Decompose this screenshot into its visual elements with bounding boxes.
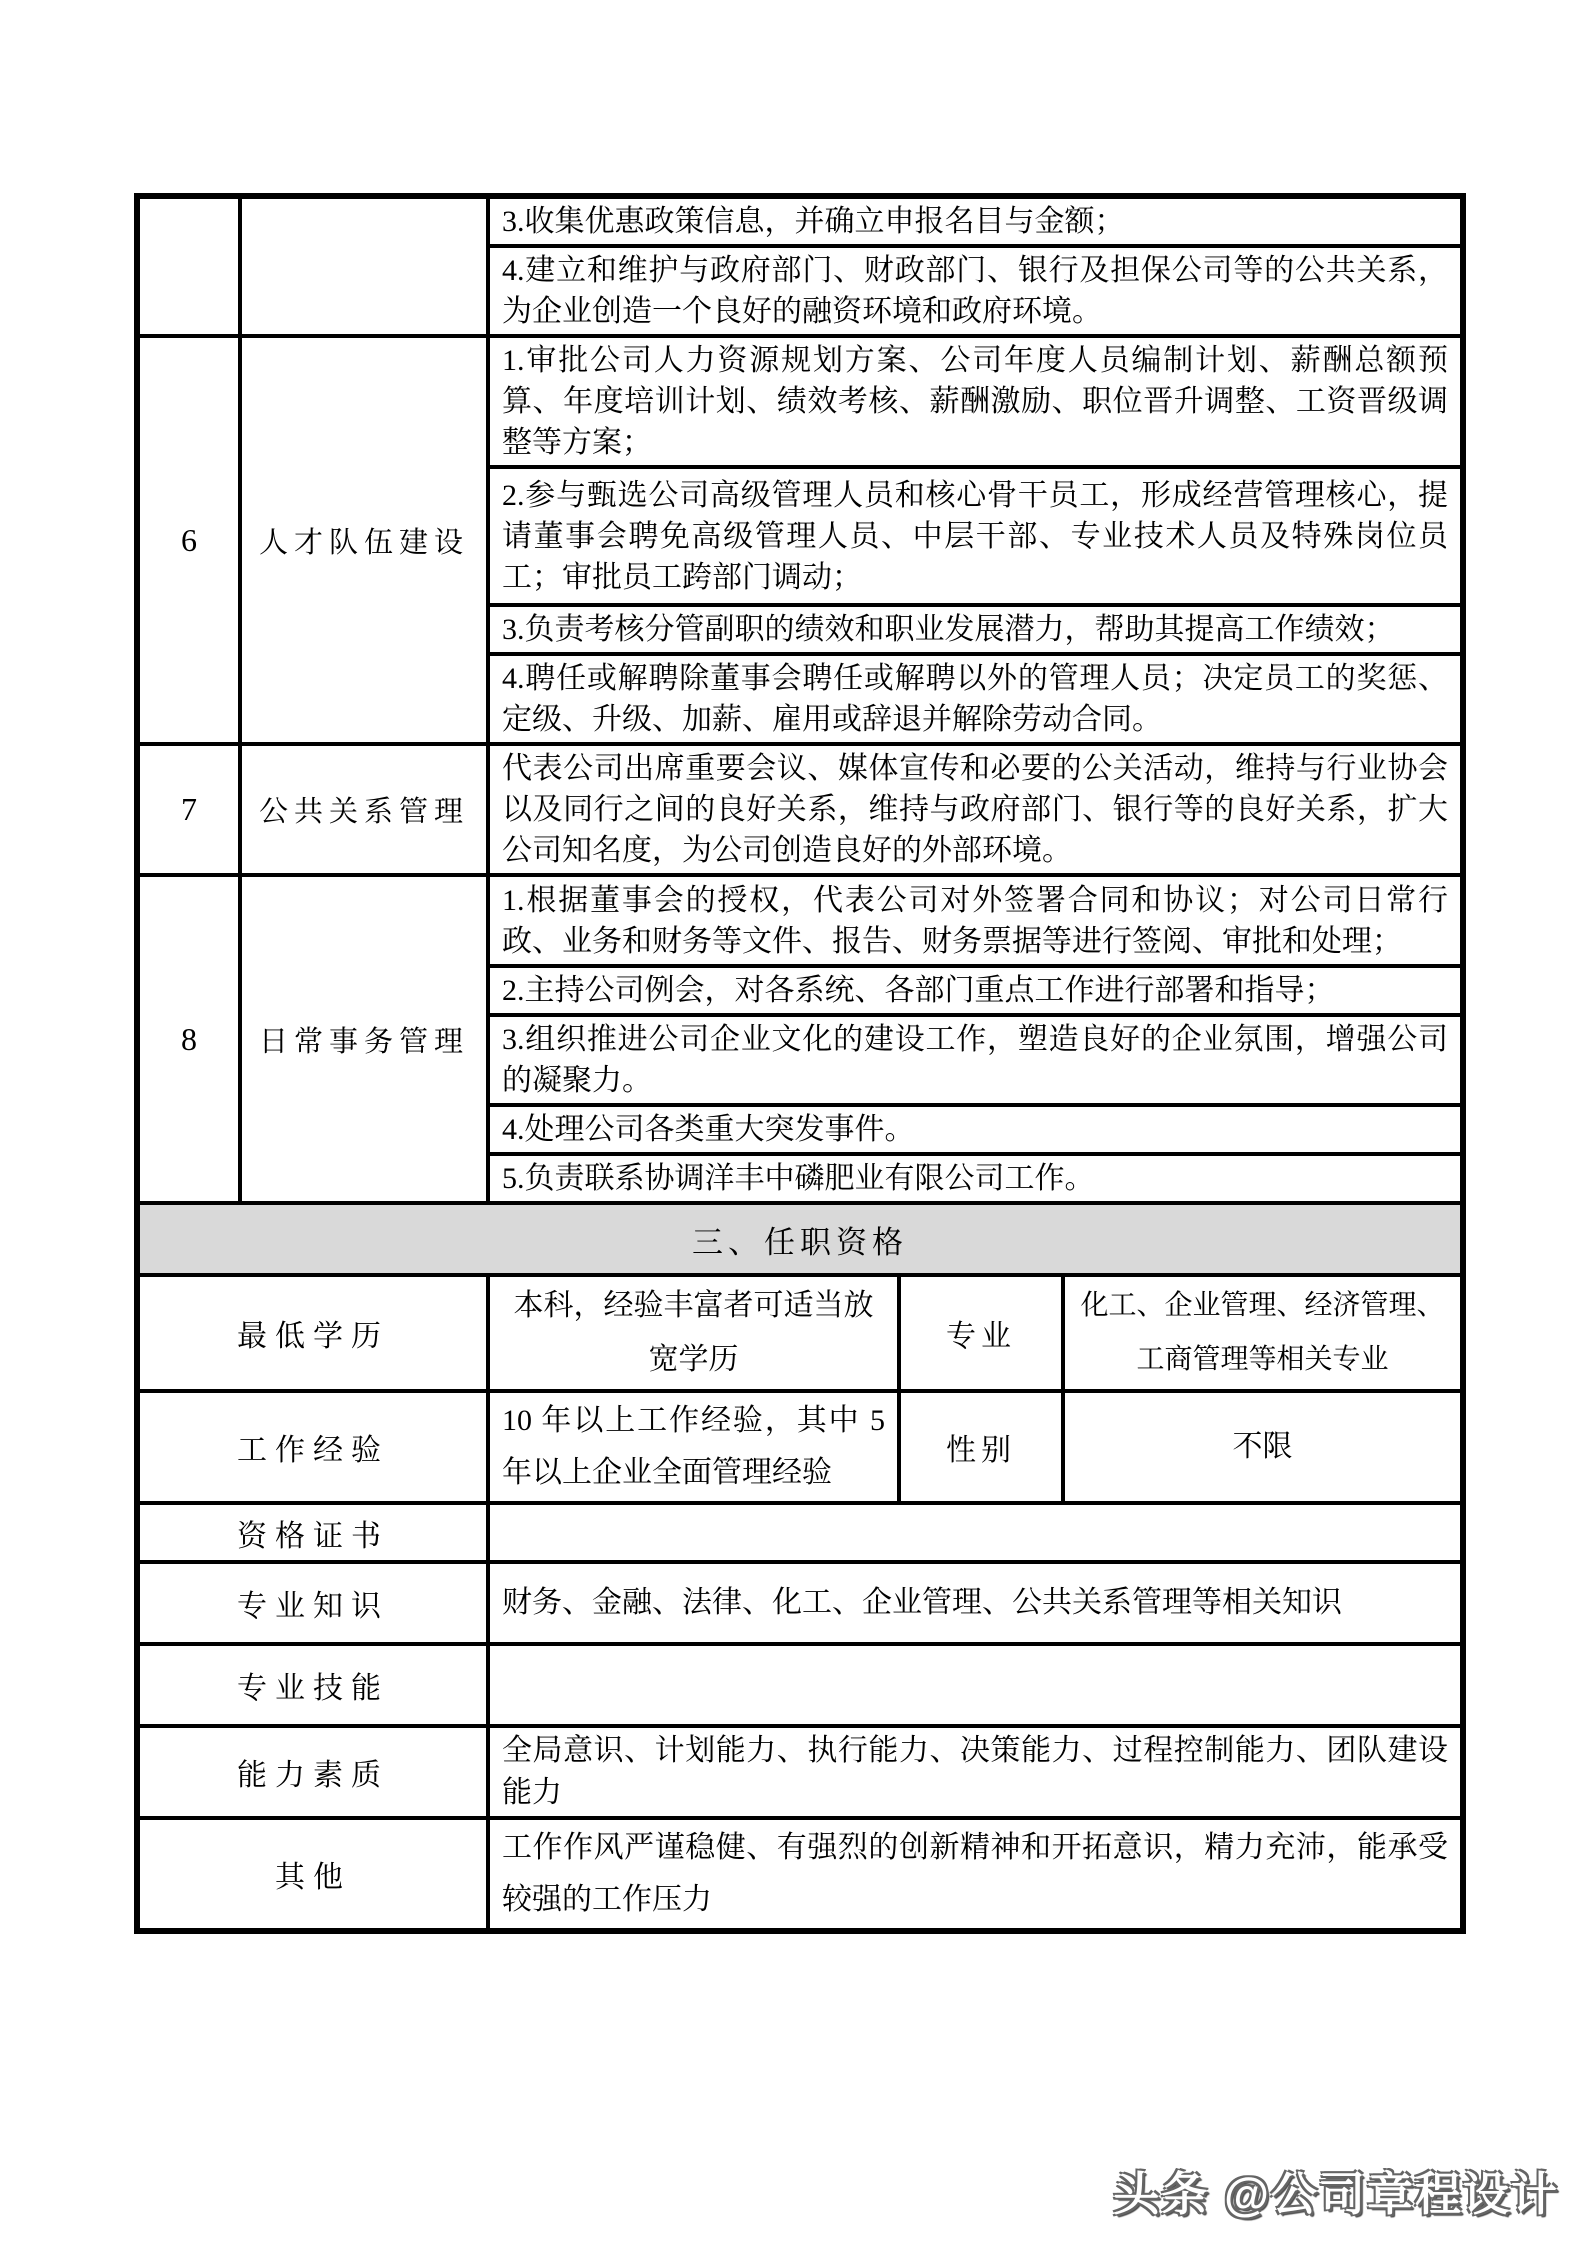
job-description-table: 3.收集优惠政策信息，并确立申报名目与金额； 4.建立和维护与政府部门、财政部门…: [134, 193, 1466, 1934]
qual-row-certificate: 资格证书: [137, 1503, 1463, 1562]
qual-attr-value: 不限: [1063, 1391, 1463, 1503]
qual-content: 10 年以上工作经验，其中 5 年以上企业全面管理经验: [488, 1391, 899, 1503]
duty-row-6: 6 人才队伍建设 1.审批公司人力资源规划方案、公司年度人员编制计划、薪酬总额预…: [137, 336, 1463, 467]
duty-item-text: 1.根据董事会的授权，代表公司对外签署合同和协议；对公司日常行政、业务和财务等文…: [488, 875, 1463, 966]
duty-row-7: 7 公共关系管理 代表公司出席重要会议、媒体宣传和必要的公关活动，维持与行业协会…: [137, 744, 1463, 875]
qual-content: 财务、金融、法律、化工、企业管理、公共关系管理等相关知识: [488, 1562, 1463, 1644]
qual-row-other: 其他 工作作风严谨稳健、有强烈的创新精神和开拓意识，精力充沛，能承受较强的工作压…: [137, 1818, 1463, 1931]
duty-item-text: 2.参与甄选公司高级管理人员和核心骨干员工，形成经营管理核心，提请董事会聘免高级…: [488, 467, 1463, 605]
continuation-row-1: 3.收集优惠政策信息，并确立申报名目与金额；: [137, 196, 1463, 246]
qual-content: 工作作风严谨稳健、有强烈的创新精神和开拓意识，精力充沛，能承受较强的工作压力: [488, 1818, 1463, 1931]
duty-name: 日常事务管理: [240, 875, 488, 1203]
toutiao-watermark: 头条 @公司章程设计: [1113, 2158, 1559, 2224]
duty-item-text: 4.建立和维护与政府部门、财政部门、银行及担保公司等的公共关系，为企业创造一个良…: [488, 246, 1463, 336]
qual-row-competency: 能力素质 全局意识、计划能力、执行能力、决策能力、过程控制能力、团队建设能力: [137, 1726, 1463, 1818]
duty-name: 公共关系管理: [240, 744, 488, 875]
qual-label: 能力素质: [137, 1726, 488, 1818]
qual-row-experience: 工作经验 10 年以上工作经验，其中 5 年以上企业全面管理经验 性别 不限: [137, 1391, 1463, 1503]
qual-attr-value: 化工、企业管理、经济管理、工商管理等相关专业: [1063, 1275, 1463, 1391]
duty-item-text: 3.负责考核分管副职的绩效和职业发展潜力，帮助其提高工作绩效；: [488, 605, 1463, 654]
duty-number: 8: [137, 875, 240, 1203]
qual-row-education: 最低学历 本科，经验丰富者可适当放宽学历 专业 化工、企业管理、经济管理、工商管…: [137, 1275, 1463, 1391]
qual-attr-label: 专业: [899, 1275, 1063, 1391]
duty-number: 7: [137, 744, 240, 875]
duty-row-8: 8 日常事务管理 1.根据董事会的授权，代表公司对外签署合同和协议；对公司日常行…: [137, 875, 1463, 966]
duty-item-text: 4.处理公司各类重大突发事件。: [488, 1105, 1463, 1154]
qual-row-skill: 专业技能: [137, 1644, 1463, 1726]
section-header-row: 三、任职资格: [137, 1203, 1463, 1275]
qual-label: 资格证书: [137, 1503, 488, 1562]
qual-row-knowledge: 专业知识 财务、金融、法律、化工、企业管理、公共关系管理等相关知识: [137, 1562, 1463, 1644]
qual-content: 全局意识、计划能力、执行能力、决策能力、过程控制能力、团队建设能力: [488, 1726, 1463, 1818]
qual-label: 工作经验: [137, 1391, 488, 1503]
continuation-name-cell: [240, 196, 488, 336]
qual-label: 最低学历: [137, 1275, 488, 1391]
qual-attr-label: 性别: [899, 1391, 1063, 1503]
qual-label: 其他: [137, 1818, 488, 1931]
qual-content: [488, 1503, 1463, 1562]
duty-item-text: 1.审批公司人力资源规划方案、公司年度人员编制计划、薪酬总额预算、年度培训计划、…: [488, 336, 1463, 467]
duty-item-text: 4.聘任或解聘除董事会聘任或解聘以外的管理人员；决定员工的奖惩、定级、升级、加薪…: [488, 654, 1463, 744]
continuation-number-cell: [137, 196, 240, 336]
duty-number: 6: [137, 336, 240, 744]
duty-item-text: 2.主持公司例会，对各系统、各部门重点工作进行部署和指导；: [488, 966, 1463, 1015]
qual-label: 专业知识: [137, 1562, 488, 1644]
duty-item-text: 代表公司出席重要会议、媒体宣传和必要的公关活动，维持与行业协会以及同行之间的良好…: [488, 744, 1463, 875]
duty-item-text: 3.组织推进公司企业文化的建设工作，塑造良好的企业氛围，增强公司的凝聚力。: [488, 1015, 1463, 1105]
duty-name: 人才队伍建设: [240, 336, 488, 744]
qual-content: 本科，经验丰富者可适当放宽学历: [488, 1275, 899, 1391]
qual-label: 专业技能: [137, 1644, 488, 1726]
section-title: 三、任职资格: [137, 1203, 1463, 1275]
duty-item-text: 5.负责联系协调洋丰中磷肥业有限公司工作。: [488, 1154, 1463, 1203]
qual-content: [488, 1644, 1463, 1726]
duty-item-text: 3.收集优惠政策信息，并确立申报名目与金额；: [488, 196, 1463, 246]
